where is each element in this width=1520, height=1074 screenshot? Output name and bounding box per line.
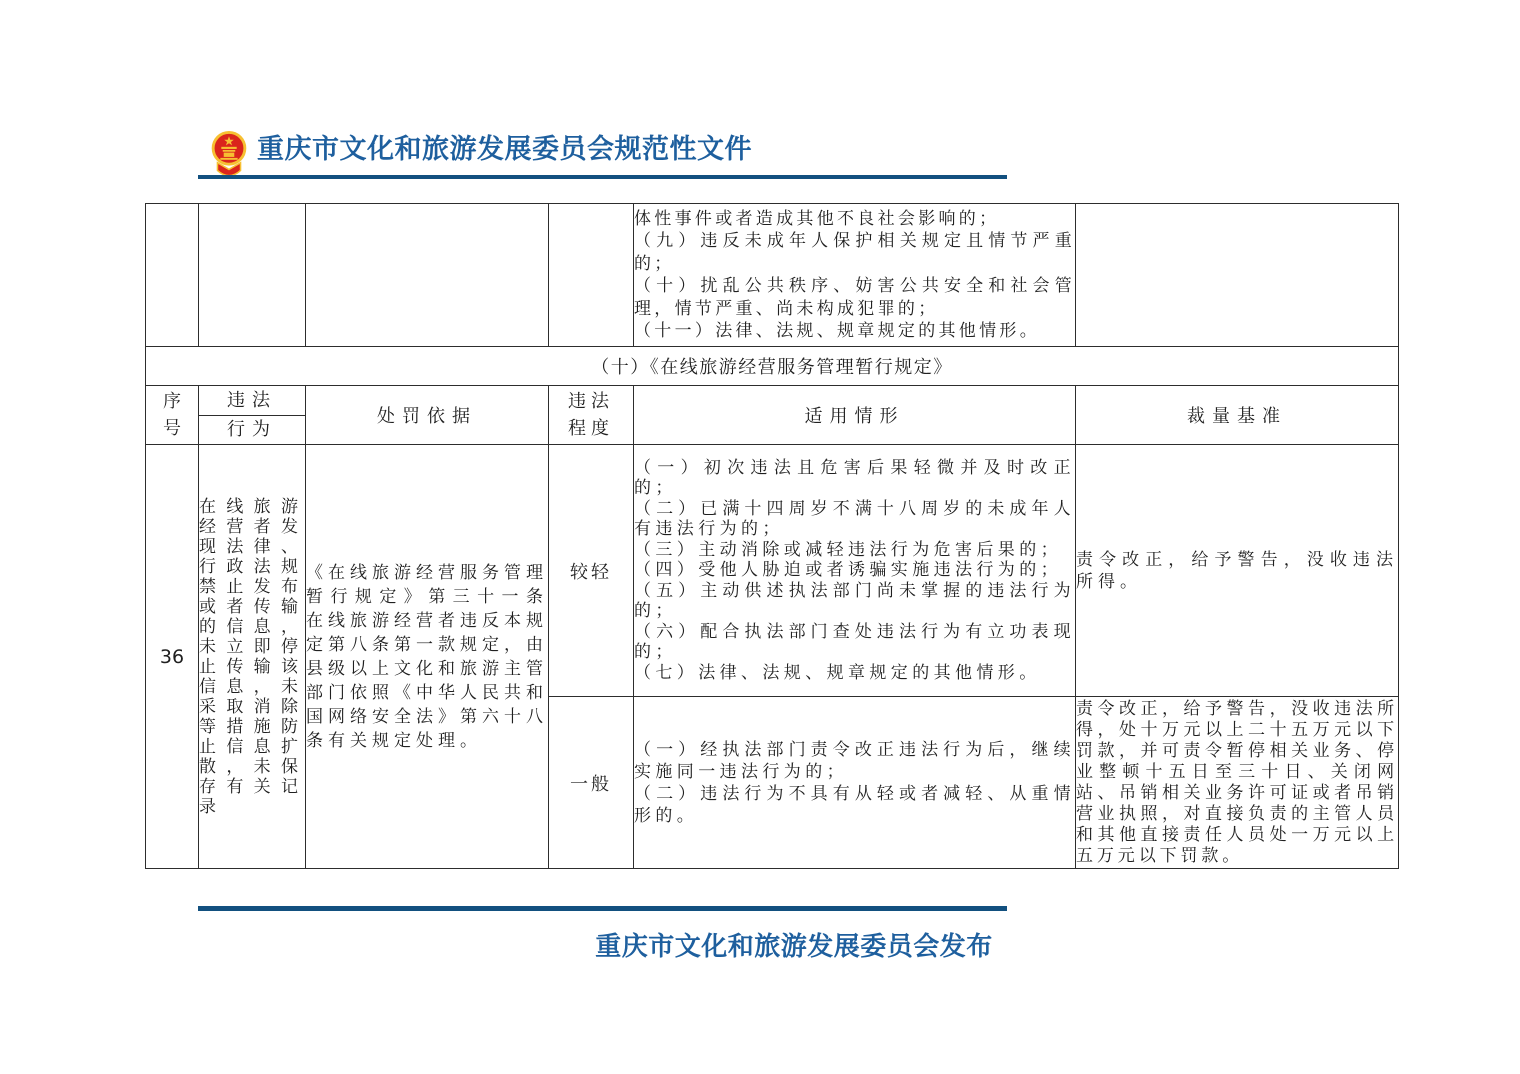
entry-degree-general: 一般 (549, 697, 634, 869)
penalty-discretion-table: 体性事件或者造成其他不良社会影响的； （九）违反未成年人保护相关规定且情节严重的… (145, 203, 1399, 869)
column-header-row: 序号 违法 行为 处罚依据 违法程度 适用情形 裁量基准 (146, 386, 1399, 445)
continuation-behavior-cell (199, 204, 306, 347)
entry-situations-general: （一）经执法部门责令改正违法行为后，继续实施同一违法行为的； （二）违法行为不具… (634, 697, 1076, 869)
entry-basis: 《在线旅游经营服务管理暂行规定》第三十一条 在线旅游经营者违反本规定第八条第一款… (306, 445, 549, 869)
col-header-serial: 序号 (146, 386, 199, 445)
continuation-serial-cell (146, 204, 199, 347)
col-header-benchmark: 裁量基准 (1076, 386, 1399, 445)
entry-benchmark-general: 责令改正，给予警告，没收违法所得，处十万元以上二十五万元以下罚款，并可责令暂停相… (1076, 697, 1399, 869)
section-title: （十）《在线旅游经营服务管理暂行规定》 (146, 347, 1399, 386)
footer-divider (198, 906, 1007, 911)
publisher-line: 重庆市文化和旅游发展委员会发布 (0, 930, 1520, 964)
section-title-row: （十）《在线旅游经营服务管理暂行规定》 (146, 347, 1399, 386)
entry-serial: 36 (146, 445, 199, 869)
col-header-degree: 违法程度 (549, 386, 634, 445)
continuation-basis-cell (306, 204, 549, 347)
entry-behavior: 在线旅游经营者发现法律、行政法规禁止发布或者传输的信息，未立即停止传输该信息，未… (199, 445, 306, 869)
document-page: 重庆市文化和旅游发展委员会规范性文件 体性事件或者造成其他不良社会影响的； （九… (0, 0, 1520, 1074)
entry-degree-minor: 较轻 (549, 445, 634, 697)
col-header-violation-behavior: 违法 行为 (199, 386, 306, 445)
continuation-row: 体性事件或者造成其他不良社会影响的； （九）违反未成年人保护相关规定且情节严重的… (146, 204, 1399, 347)
page-title: 重庆市文化和旅游发展委员会规范性文件 (257, 133, 752, 167)
national-emblem-icon (208, 130, 250, 180)
entry-situations-minor: （一）初次违法且危害后果轻微并及时改正的； （二）已满十四周岁不满十八周岁的未成… (634, 445, 1076, 697)
continuation-degree-cell (549, 204, 634, 347)
col-header-basis: 处罚依据 (306, 386, 549, 445)
entry-row-minor: 36 在线旅游经营者发现法律、行政法规禁止发布或者传输的信息，未立即停止传输该信… (146, 445, 1399, 697)
header-divider (198, 175, 1007, 179)
continuation-situations-cell: 体性事件或者造成其他不良社会影响的； （九）违反未成年人保护相关规定且情节严重的… (634, 204, 1076, 347)
entry-benchmark-minor: 责令改正，给予警告，没收违法所得。 (1076, 445, 1399, 697)
continuation-benchmark-cell (1076, 204, 1399, 347)
col-header-situations: 适用情形 (634, 386, 1076, 445)
